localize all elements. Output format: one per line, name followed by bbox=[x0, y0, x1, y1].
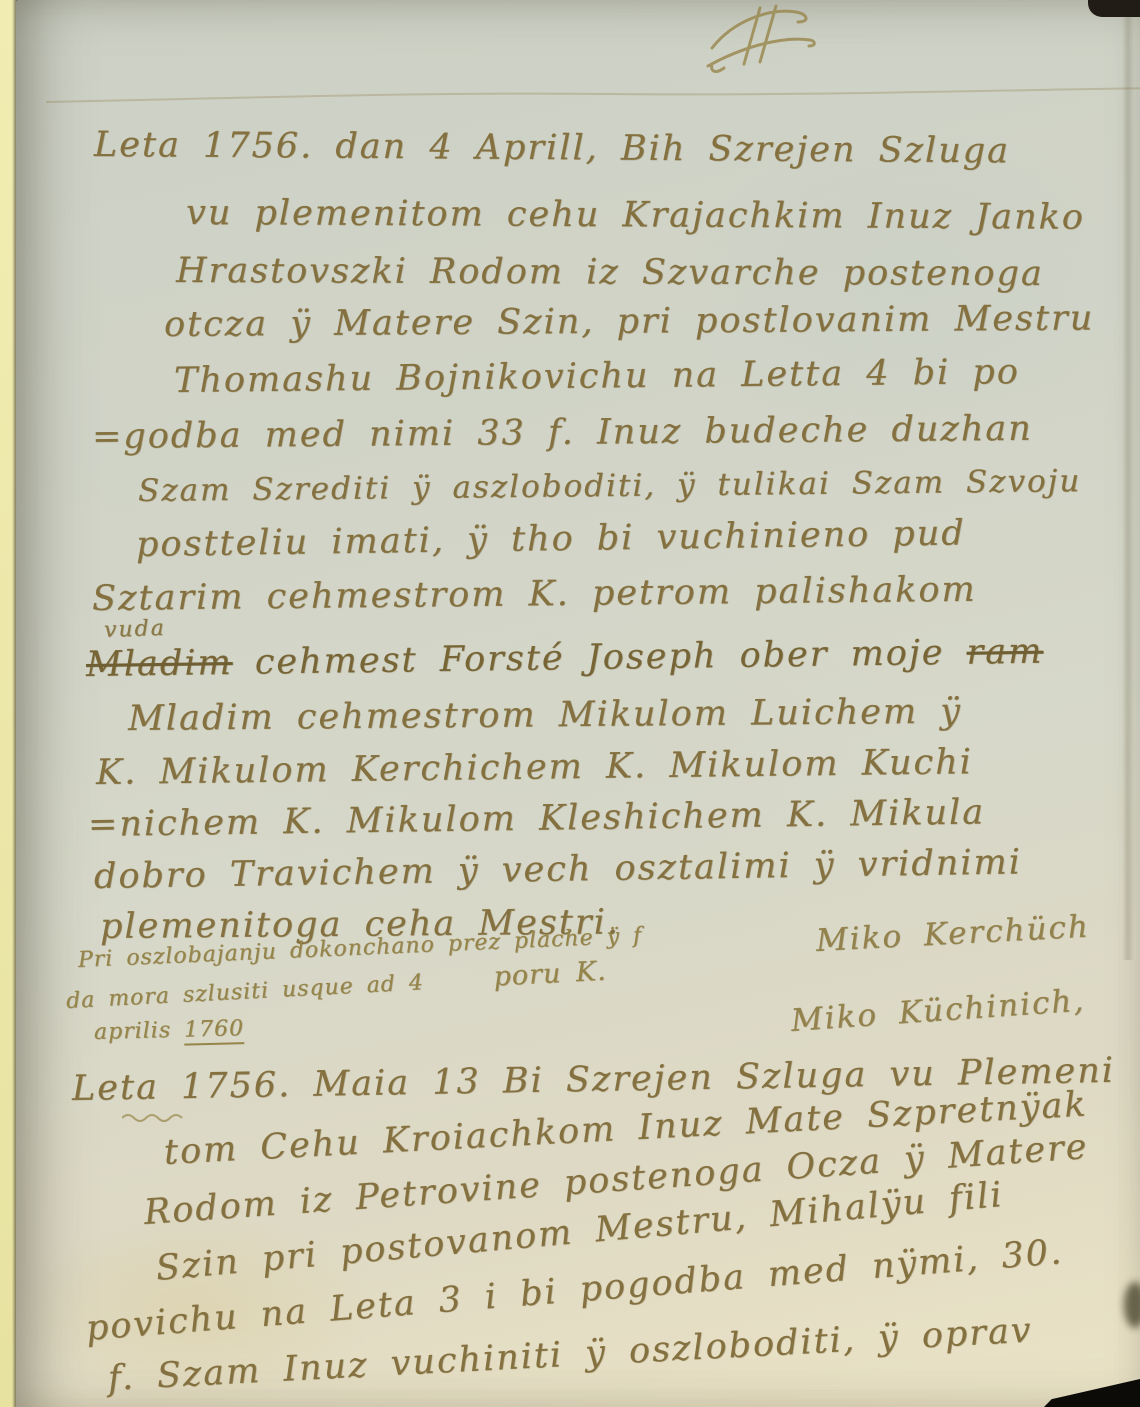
dark-corner-top-right bbox=[1088, 0, 1140, 17]
text-line: Sztarim cehmestrom K. petrom palishakom bbox=[92, 573, 977, 617]
note-text: aprilis bbox=[94, 1018, 185, 1045]
text-line: Thomashu Bojnikovichu na Letta 4 bi po bbox=[174, 355, 1020, 399]
text-line: =nichem K. Mikulom Kleshichem K. Mikula bbox=[88, 795, 986, 843]
text-line: Szam Szrediti ÿ aszloboditi, ÿ tulikai S… bbox=[138, 466, 1082, 507]
note-text: poru K. bbox=[493, 956, 608, 993]
wavy-underline-mark bbox=[122, 1112, 192, 1122]
text-line: Leta 1756. dan 4 Aprill, Bih Szrejen Szl… bbox=[94, 128, 1010, 169]
manuscript-scan: Leta 1756. dan 4 Aprill, Bih Szrejen Szl… bbox=[0, 0, 1140, 1407]
text-line: Mladim cehmestrom Mikulom Luichem ÿ bbox=[128, 695, 962, 737]
text-line: vu plemenitom cehu Krajachkim Inuz Janko bbox=[186, 196, 1085, 236]
text-line: otcza ÿ Matere Szin, pri postlovanim Mes… bbox=[164, 302, 1095, 343]
ink-smudge-right-edge bbox=[1124, 1282, 1140, 1328]
signature: Miko Küchinich, bbox=[790, 985, 1086, 1036]
text-line-with-strikethrough: Mladim cehmest Forsté Joseph ober moje r… bbox=[86, 635, 1044, 683]
underlined-year: 1760 bbox=[184, 1016, 245, 1046]
struck-word: Mladim bbox=[86, 643, 233, 685]
manuscript-page: Leta 1756. dan 4 Aprill, Bih Szrejen Szl… bbox=[16, 0, 1140, 1407]
margin-note-line: aprilis 1760 bbox=[94, 1018, 245, 1044]
struck-word: ram bbox=[966, 632, 1043, 673]
text-line: Hrastovszki Rodom iz Szvarche postenoga bbox=[176, 254, 1044, 292]
dark-corner-bottom-right bbox=[1044, 1379, 1140, 1407]
text-line: postteliu imati, ÿ tho bi vuchinieno pud bbox=[136, 516, 966, 563]
text-line: =godba med nimi 33 f. Inuz budeche duzha… bbox=[92, 412, 1033, 455]
vertical-fold-line bbox=[1122, 0, 1134, 960]
ink-flourish-mark bbox=[704, 2, 824, 74]
line-text: cehmest Forsté Joseph ober moje bbox=[232, 633, 966, 683]
signature: Miko Kerchüch bbox=[815, 912, 1090, 957]
note-text: da mora szlusiti usque ad 4 bbox=[65, 970, 424, 1014]
text-line: K. Mikulom Kerchichem K. Mikulom Kuchi bbox=[96, 745, 973, 791]
text-line: dobro Travichem ÿ vech osztalimi ÿ vridn… bbox=[94, 845, 1022, 895]
interlinear-correction: vuda bbox=[104, 618, 167, 642]
horizontal-crease-line bbox=[46, 84, 1140, 108]
